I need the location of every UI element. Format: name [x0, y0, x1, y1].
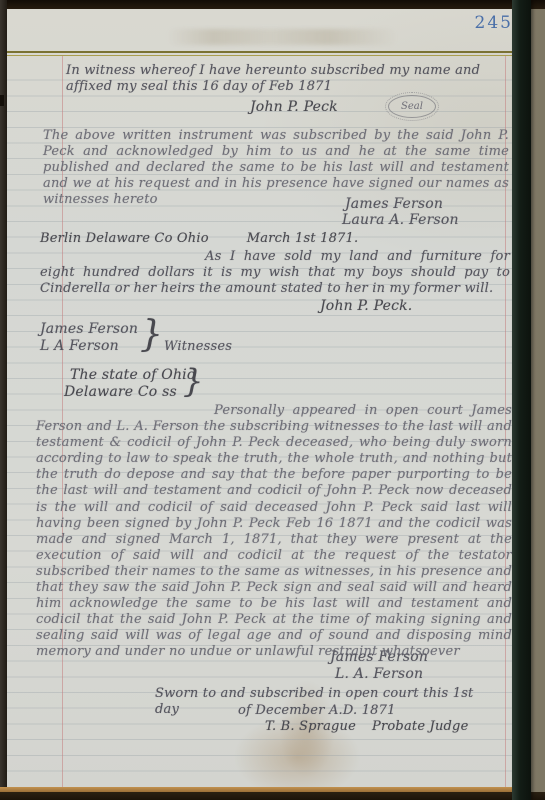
book-edge-bottom	[0, 792, 545, 800]
attestation-witness-signature-1: James Ferson	[345, 196, 443, 212]
ledger-page: 245 In witness whereof I have hereunto s…	[7, 9, 513, 790]
judge-signature-line: T. B. Sprague Probate Judge	[265, 719, 468, 735]
venue-brace: }	[183, 365, 204, 397]
page-edge-mark	[0, 95, 4, 106]
venue-county: Delaware Co ss	[64, 384, 177, 400]
judge-title: Probate Judge	[372, 719, 468, 735]
jurat-line-2: of December A.D. 1871	[238, 703, 396, 719]
page-number: 245	[469, 13, 513, 33]
head-rule	[7, 51, 513, 53]
codicil-witness-1: James Ferson	[40, 321, 138, 337]
witness-clause: In witness whereof I have hereunto subsc…	[66, 63, 490, 95]
book-binding-right	[512, 0, 531, 800]
witness-brace: }	[140, 317, 163, 353]
codicil-signature: John P. Peck.	[320, 298, 412, 314]
codicil-text: As I have sold my land and furniture for…	[40, 249, 510, 297]
judge-signature: T. B. Sprague	[265, 719, 356, 735]
codicil-witness-2: L A Ferson	[40, 338, 119, 354]
witnesses-label: Witnesses	[164, 339, 232, 355]
testimony-witness-signature-1: James Ferson	[330, 649, 428, 665]
book-edge-top	[0, 0, 545, 9]
head-rule-thin	[7, 55, 513, 56]
testimony-witness-signature-2: L. A. Ferson	[335, 666, 423, 682]
attestation-witness-signature-2: Laura A. Ferson	[342, 212, 459, 228]
venue-state: The state of Ohio	[70, 367, 195, 383]
testator-signature: John P. Peck	[250, 99, 338, 115]
ink-bleedthrough	[167, 29, 397, 45]
codicil-place: Berlin Delaware Co Ohio	[40, 231, 209, 247]
book-edge-left	[0, 0, 7, 800]
probate-testimony: Personally appeared in open court James …	[36, 403, 512, 661]
seal-label: Seal	[401, 101, 423, 112]
seal-mark: Seal	[388, 95, 436, 118]
codicil-date: March 1st 1871.	[247, 231, 359, 247]
codicil-dateline: Berlin Delaware Co Ohio March 1st 1871.	[40, 231, 460, 247]
ledger-photograph: 245 In witness whereof I have hereunto s…	[0, 0, 545, 800]
